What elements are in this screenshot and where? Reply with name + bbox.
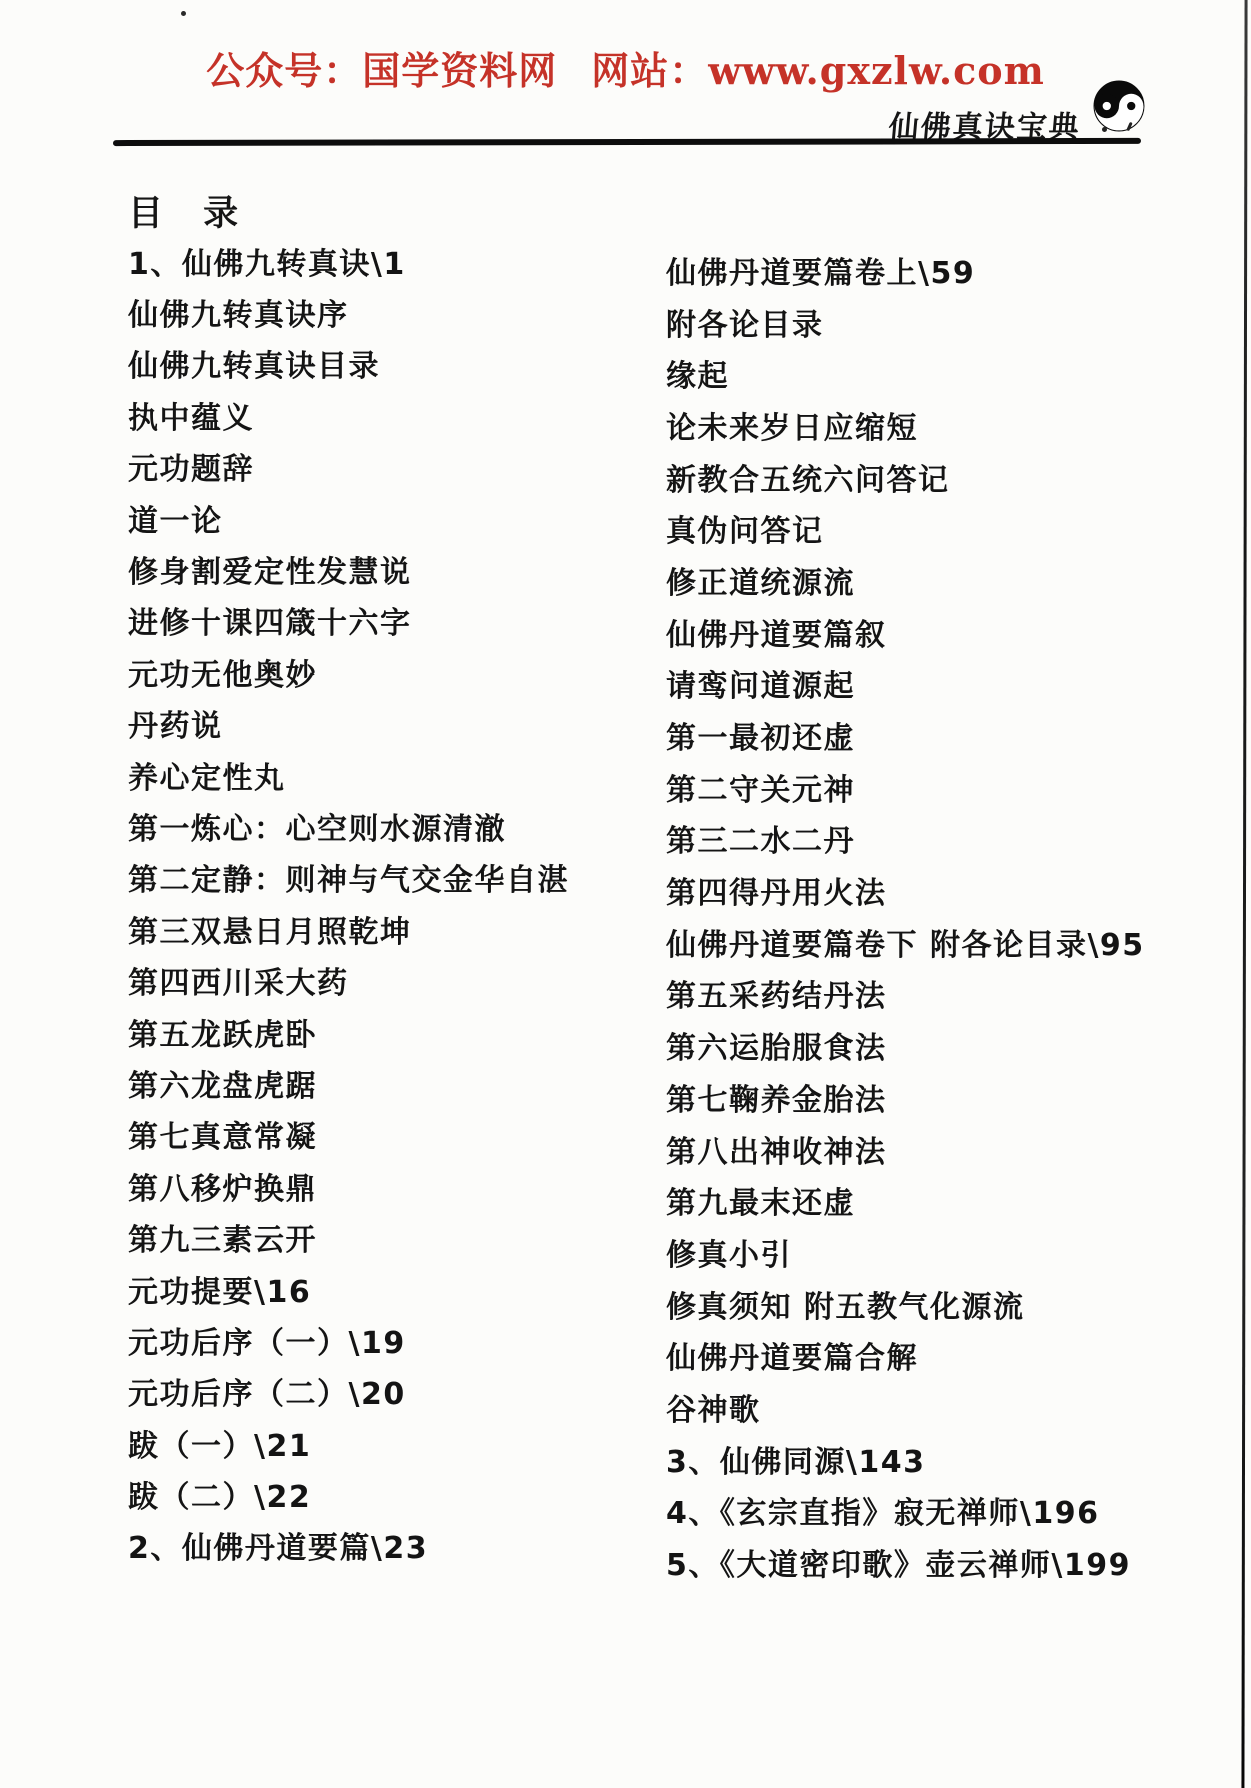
toc-item: 谷神歌 — [666, 1381, 1145, 1433]
toc-item: 仙佛丹道要篇合解 — [666, 1329, 1145, 1381]
toc-item: 第二定静：则神与气交金华自湛 — [128, 852, 569, 903]
toc-left-column: 1、仙佛九转真诀\1仙佛九转真诀序仙佛九转真诀目录执中蕴义元功题辞道一论修身割爱… — [128, 235, 569, 1571]
toc-item: 论未来岁日应缩短 — [666, 399, 1145, 451]
toc-item: 附各论目录 — [666, 296, 1145, 348]
toc-item: 丹药说 — [128, 698, 569, 749]
toc-item: 第八出神收神法 — [666, 1123, 1145, 1175]
toc-item: 第八移炉换鼎 — [128, 1160, 569, 1211]
toc-item: 真伪问答记 — [666, 502, 1145, 554]
toc-item: 2、仙佛丹道要篇\23 — [128, 1520, 569, 1571]
toc-item: 仙佛九转真诀目录 — [128, 338, 569, 389]
toc-item: 第五采药结丹法 — [666, 968, 1145, 1020]
toc-item: 第七鞠养金胎法 — [666, 1071, 1145, 1123]
toc-item: 修正道统源流 — [666, 554, 1145, 606]
toc-item: 第九最末还虚 — [666, 1174, 1145, 1226]
toc-item: 第四得丹用火法 — [666, 864, 1145, 916]
toc-item: 元功提要\16 — [128, 1263, 569, 1314]
toc-item: 修身割爱定性发慧说 — [128, 543, 569, 594]
toc-item: 元功无他奥妙 — [128, 646, 569, 697]
book-header: 仙佛真诀宝典 — [889, 80, 1145, 146]
toc-item: 元功后序（二）\20 — [128, 1366, 569, 1417]
toc-item: 元功后序（一）\19 — [128, 1314, 569, 1365]
toc-item: 新教合五统六问答记 — [666, 451, 1145, 503]
toc-item: 第四西川采大药 — [128, 954, 569, 1005]
toc-item: 仙佛九转真诀序 — [128, 286, 569, 337]
toc-item: 修真须知 附五教气化源流 — [666, 1278, 1145, 1330]
scanned-toc-page: 公众号：国学资料网 网站：www.gxzlw.com 仙佛真诀宝典 目 录 1、… — [0, 0, 1251, 1788]
page-edge-scan-line — [1241, 0, 1247, 1788]
toc-item: 执中蕴义 — [128, 389, 569, 440]
toc-item: 跋（一）\21 — [128, 1417, 569, 1468]
yin-yang-icon — [1093, 80, 1145, 132]
toc-item: 第五龙跃虎卧 — [128, 1006, 569, 1057]
toc-right-column: 仙佛丹道要篇卷上\59附各论目录缘起论未来岁日应缩短新教合五统六问答记真伪问答记… — [666, 244, 1145, 1588]
toc-item: 仙佛丹道要篇叙 — [666, 606, 1145, 658]
toc-item: 第三双悬日月照乾坤 — [128, 903, 569, 954]
toc-item: 第二守关元神 — [666, 761, 1145, 813]
toc-item: 第一最初还虚 — [666, 709, 1145, 761]
watermark-account: 公众号：国学资料网 — [206, 40, 557, 95]
toc-item: 第三二水二丹 — [666, 813, 1145, 865]
toc-item: 道一论 — [128, 492, 569, 543]
toc-item: 养心定性丸 — [128, 749, 569, 800]
toc-item: 仙佛丹道要篇卷上\59 — [666, 244, 1145, 296]
toc-item: 请鸾问道源起 — [666, 658, 1145, 710]
toc-item: 5、《大道密印歌》壶云禅师\199 — [666, 1536, 1145, 1588]
toc-item: 元功题辞 — [128, 441, 569, 492]
toc-item: 4、《玄宗直指》寂无禅师\196 — [666, 1485, 1145, 1537]
toc-heading: 目 录 — [128, 186, 252, 236]
toc-item: 第六运胎服食法 — [666, 1019, 1145, 1071]
toc-item: 第九三素云开 — [128, 1211, 569, 1262]
toc-item: 进修十课四箴十六字 — [128, 595, 569, 646]
scan-speck — [181, 11, 186, 16]
toc-item: 3、仙佛同源\143 — [666, 1433, 1145, 1485]
toc-item: 1、仙佛九转真诀\1 — [128, 235, 569, 286]
toc-item: 第七真意常凝 — [128, 1109, 569, 1160]
toc-item: 仙佛丹道要篇卷下 附各论目录\95 — [666, 916, 1145, 968]
toc-item: 修真小引 — [666, 1226, 1145, 1278]
toc-item: 第六龙盘虎踞 — [128, 1057, 569, 1108]
toc-item: 第一炼心：心空则水源清澈 — [128, 800, 569, 851]
toc-item: 缘起 — [666, 347, 1145, 399]
ink-speck — [1102, 127, 1107, 132]
toc-item: 跋（二）\22 — [128, 1468, 569, 1519]
